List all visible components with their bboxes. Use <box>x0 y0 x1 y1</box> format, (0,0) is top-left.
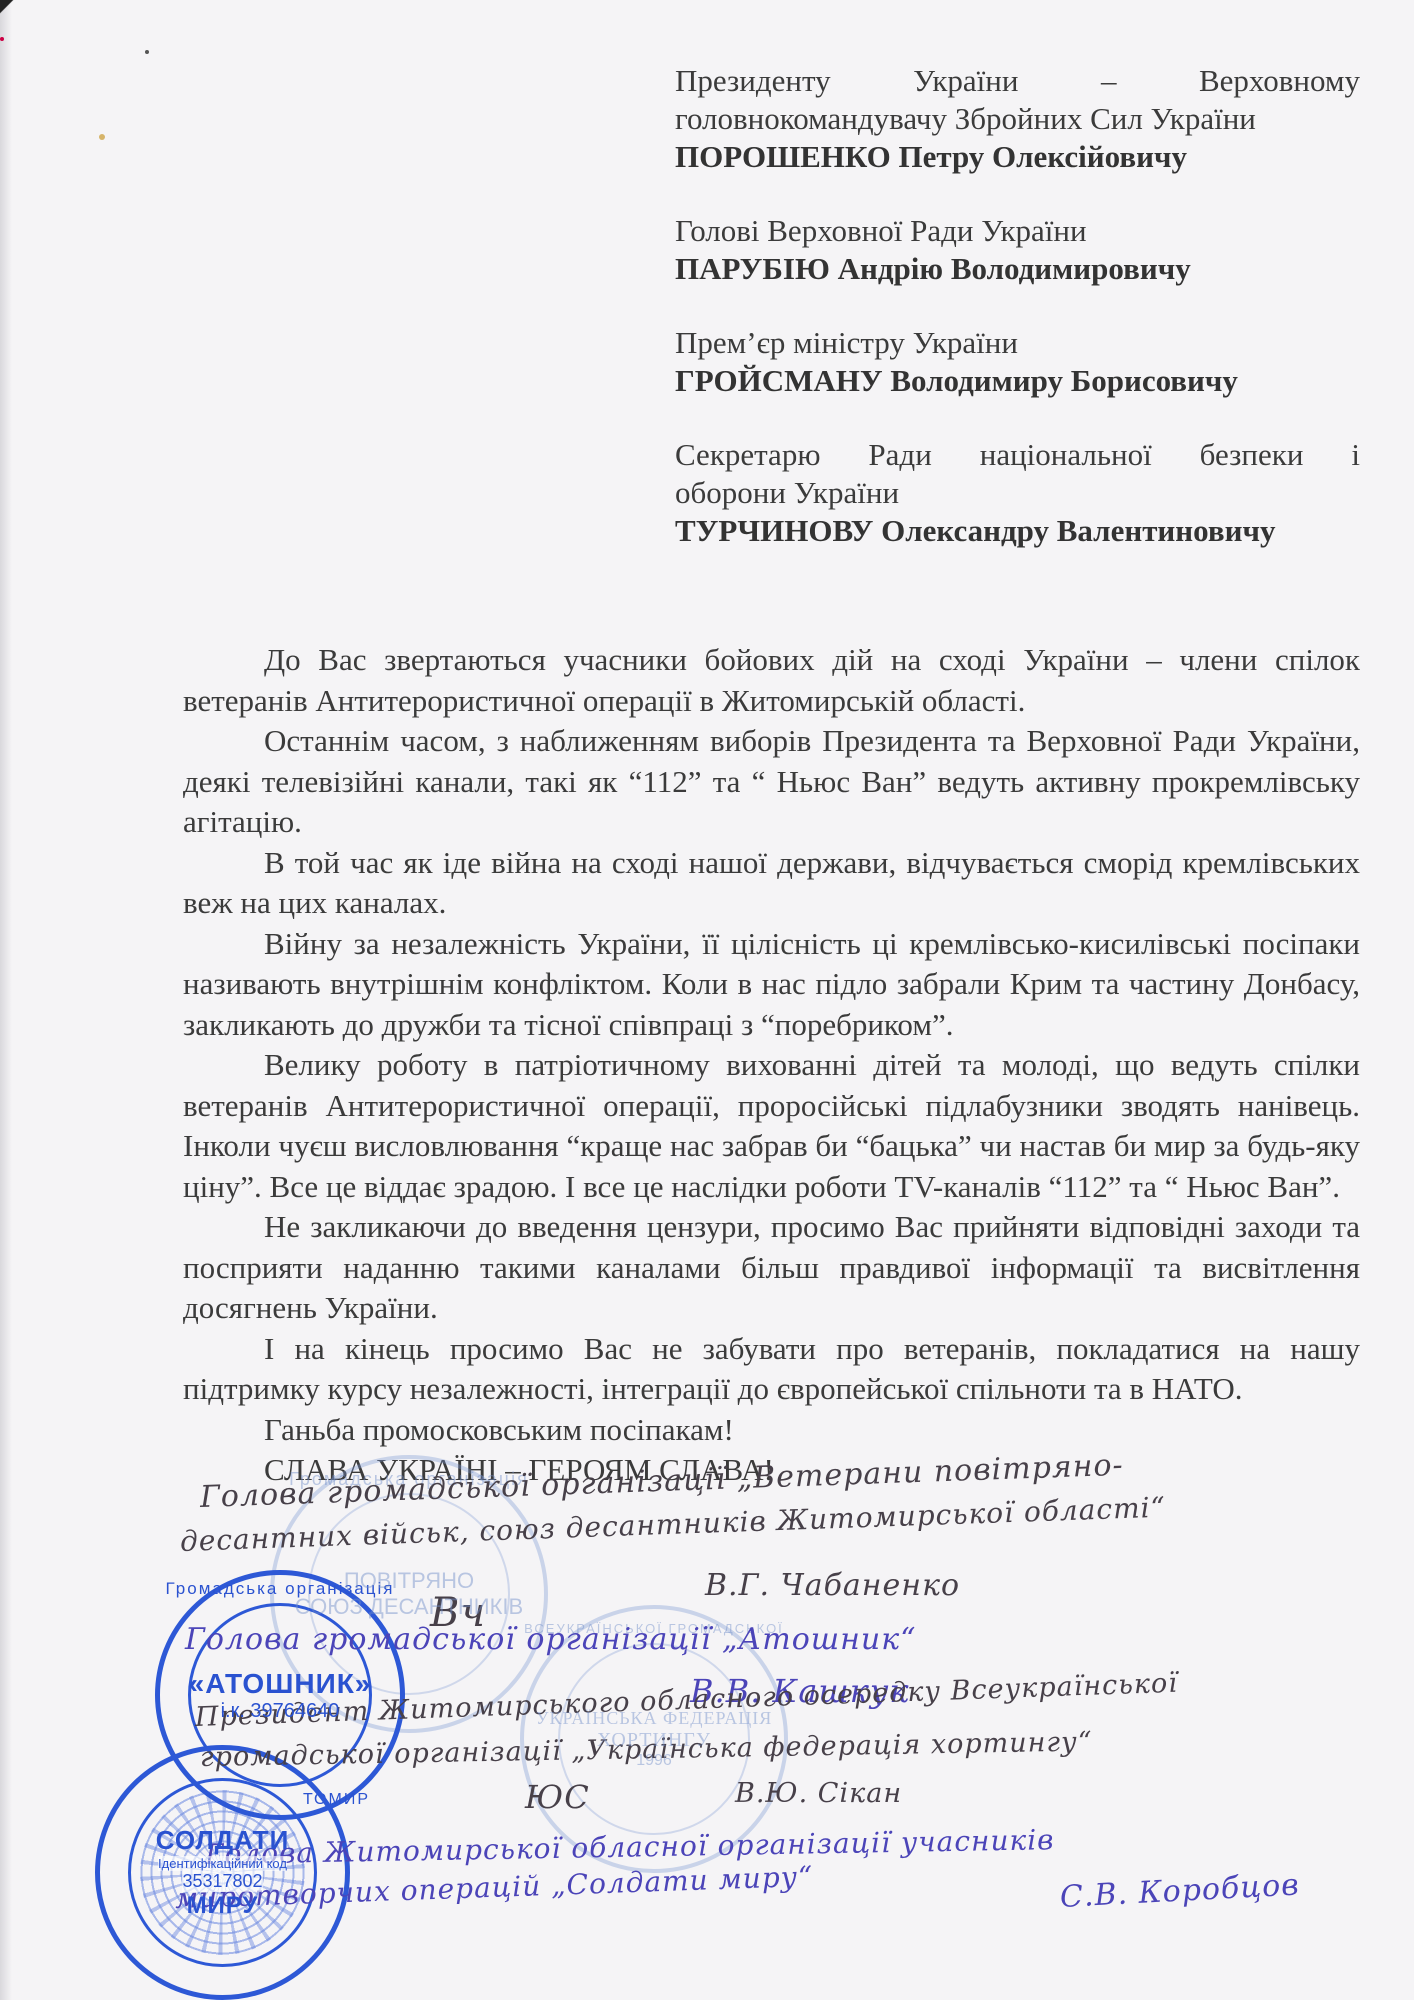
addressee-title: Президенту України – Верховному <box>675 62 1360 100</box>
signature-4-signer: С.В. Коробцов <box>1059 1867 1300 1915</box>
closing-line: Ганьба промосковським посіпакам! <box>183 1410 1360 1451</box>
body-paragraph: І на кінець просимо Вас не забувати про … <box>183 1329 1360 1410</box>
addressee-name: ПАРУБІЮ Андрію Володимировичу <box>675 250 1360 288</box>
signature-1-signer: В.Г. Чабаненко <box>705 1568 960 1603</box>
speck <box>99 134 105 140</box>
stamp-top: СОЛДАТИ <box>156 1825 290 1856</box>
body-paragraph: В той час як іде війна на сході нашої де… <box>183 843 1360 924</box>
stamp-center: «АТОШНИК» <box>189 1668 372 1700</box>
stamp-sub: ПОВІТРЯНО <box>344 1568 474 1594</box>
document-page: Президенту України – Верховному головнок… <box>0 0 1414 2000</box>
signature-3-signer: В.Ю. Сікан <box>735 1778 902 1809</box>
signature-2-line-1: Голова громадської організації „Атошник“ <box>185 1622 917 1657</box>
body-paragraph: Війну за незалежність України, її цілісн… <box>183 924 1360 1046</box>
addressee-title: Секретарю Ради національної безпеки і <box>675 436 1360 474</box>
body-paragraph: Не закликаючи до введення цензури, проси… <box>183 1207 1360 1329</box>
speck <box>145 50 149 54</box>
body-paragraph: Останнім часом, з наближенням виборів Пр… <box>183 721 1360 843</box>
speck <box>0 37 4 41</box>
addressee-title: головнокомандувачу Збройних Сил України <box>675 100 1360 138</box>
stamp-sub: ХОРТИНГУ <box>597 1729 711 1752</box>
addressee-block: Президенту України – Верховному головнок… <box>675 62 1360 586</box>
scan-edge <box>0 0 12 2000</box>
addressee-title: оборони України <box>675 474 1360 512</box>
addressee-name: ТУРЧИНОВУ Олександру Валентиновичу <box>675 512 1360 550</box>
stamp-center: СОЮЗ ДЕСАНТНИКІВ <box>295 1594 523 1620</box>
signature-3-mark: ЮС <box>525 1778 590 1816</box>
addressee-prime-minister: Прем’єр міністру України ГРОЙСМАНУ Волод… <box>675 324 1360 400</box>
addressee-president: Президенту України – Верховному головнок… <box>675 62 1360 176</box>
letter-body: До Вас звертаються учасники бойових дій … <box>183 640 1360 1491</box>
stamp-bottom: МИРУ <box>187 1892 259 1920</box>
stamp-code: 35317802 <box>182 1871 262 1892</box>
addressee-title: Прем’єр міністру України <box>675 324 1360 362</box>
addressee-rada-head: Голові Верховної Ради України ПАРУБІЮ Ан… <box>675 212 1360 288</box>
body-paragraph: До Вас звертаються учасники бойових дій … <box>183 640 1360 721</box>
addressee-name: ГРОЙСМАНУ Володимиру Борисовичу <box>675 362 1360 400</box>
addressee-name: ПОРОШЕНКО Петру Олексійовичу <box>675 138 1360 176</box>
stamp-center: УКРАЇНСЬКА ФЕДЕРАЦІЯ <box>536 1708 773 1729</box>
body-paragraph: Велику роботу в патріотичному вихованні … <box>183 1045 1360 1207</box>
stamp-code: і.к. 39764640 <box>221 1700 340 1723</box>
scan-corner-mark <box>0 0 14 14</box>
stamp-year: 1996 <box>636 1752 672 1770</box>
stamp-id-label: Ідентифікаційний код <box>158 1856 287 1871</box>
stamp-soldaty-myru: СОЛДАТИ Ідентифікаційний код 35317802 МИ… <box>95 1745 350 2000</box>
addressee-nsdc-secretary: Секретарю Ради національної безпеки і об… <box>675 436 1360 550</box>
addressee-title: Голові Верховної Ради України <box>675 212 1360 250</box>
